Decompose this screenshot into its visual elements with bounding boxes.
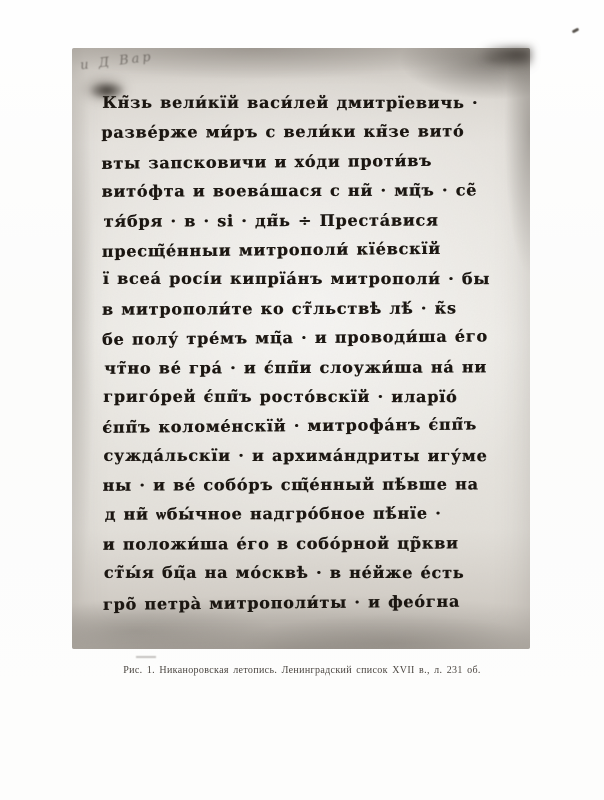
manuscript-line: гро̃ петра̀ митрополи́ты · и фео́гна <box>103 586 523 619</box>
manuscript-line: тя́бря · в · ѕі · дн̃ь ÷ Преста́вися <box>103 205 523 236</box>
manuscript-line: вты запсковичи и хо́ди проти́въ <box>101 145 521 178</box>
manuscript-line: є́пп̃ъ коломе́нскїй · митрофа́нъ є́пп̃ъ <box>102 409 522 442</box>
manuscript-line: чт̃но ве́ гра́ · и є́пп̃и слоужи́ша на́ … <box>104 352 524 383</box>
figure-caption: Рис. 1. Никаноровская летопись. Ленингра… <box>0 665 604 676</box>
manuscript-line: вито́фта и воева́шася с ни̃ · мц̃ъ · се̃ <box>101 175 521 206</box>
manuscript-text: Кн̃зь вели́кїй васи́лей дмитрїевичь · ра… <box>101 87 523 617</box>
manuscript-line: ї всеа́ росі́и кипрїа́нъ митрополи́ · бы <box>103 264 523 294</box>
faint-mark <box>136 656 156 658</box>
pencil-note: и Д Вар <box>79 50 154 74</box>
manuscript-line: бе полу́ тре́мъ мц̃а · и проводи́ша е́го <box>102 321 522 354</box>
manuscript-line: и положи́ша е́го в собо́рной цр̃кви <box>103 528 523 559</box>
manuscript-line: пресщ̃е́нныи митрополи́ кїе́вскїй <box>102 233 522 266</box>
pen-mark-top-right <box>572 28 580 34</box>
manuscript-line: Кн̃зь вели́кїй васи́лей дмитрїевичь · <box>102 88 522 118</box>
manuscript-line: григо́рей є́пп̃ъ росто́вскїй · иларїо́ <box>103 382 523 412</box>
manuscript-line: в митрополи́те ко ст̃льствѣ лѣ́ · к̃ѕ <box>102 293 522 324</box>
manuscript-line: д ни̃ ѡбы́чное надгро́бное пѣ́нїе · <box>105 499 525 530</box>
manuscript-line: сужда́льскїи · и архима́ндриты игу́ме <box>103 441 523 471</box>
book-page: и Д Вар Кн̃зь вели́кїй васи́лей дмитрїев… <box>0 0 604 800</box>
manuscript-line: ны · и ве́ собо́ръ сщ̃е́нный пѣ́вше на <box>102 469 522 500</box>
dark-smudge-top-right <box>480 46 532 68</box>
manuscript-photo: и Д Вар Кн̃зь вели́кїй васи́лей дмитрїев… <box>72 48 530 649</box>
manuscript-line: ст̃ы́я бц̃а на мо́сквѣ · в не́йже е́сть <box>104 558 524 588</box>
manuscript-line: разве́рже ми́ръ с вели́ки кн̃зе вито́ <box>101 117 521 148</box>
